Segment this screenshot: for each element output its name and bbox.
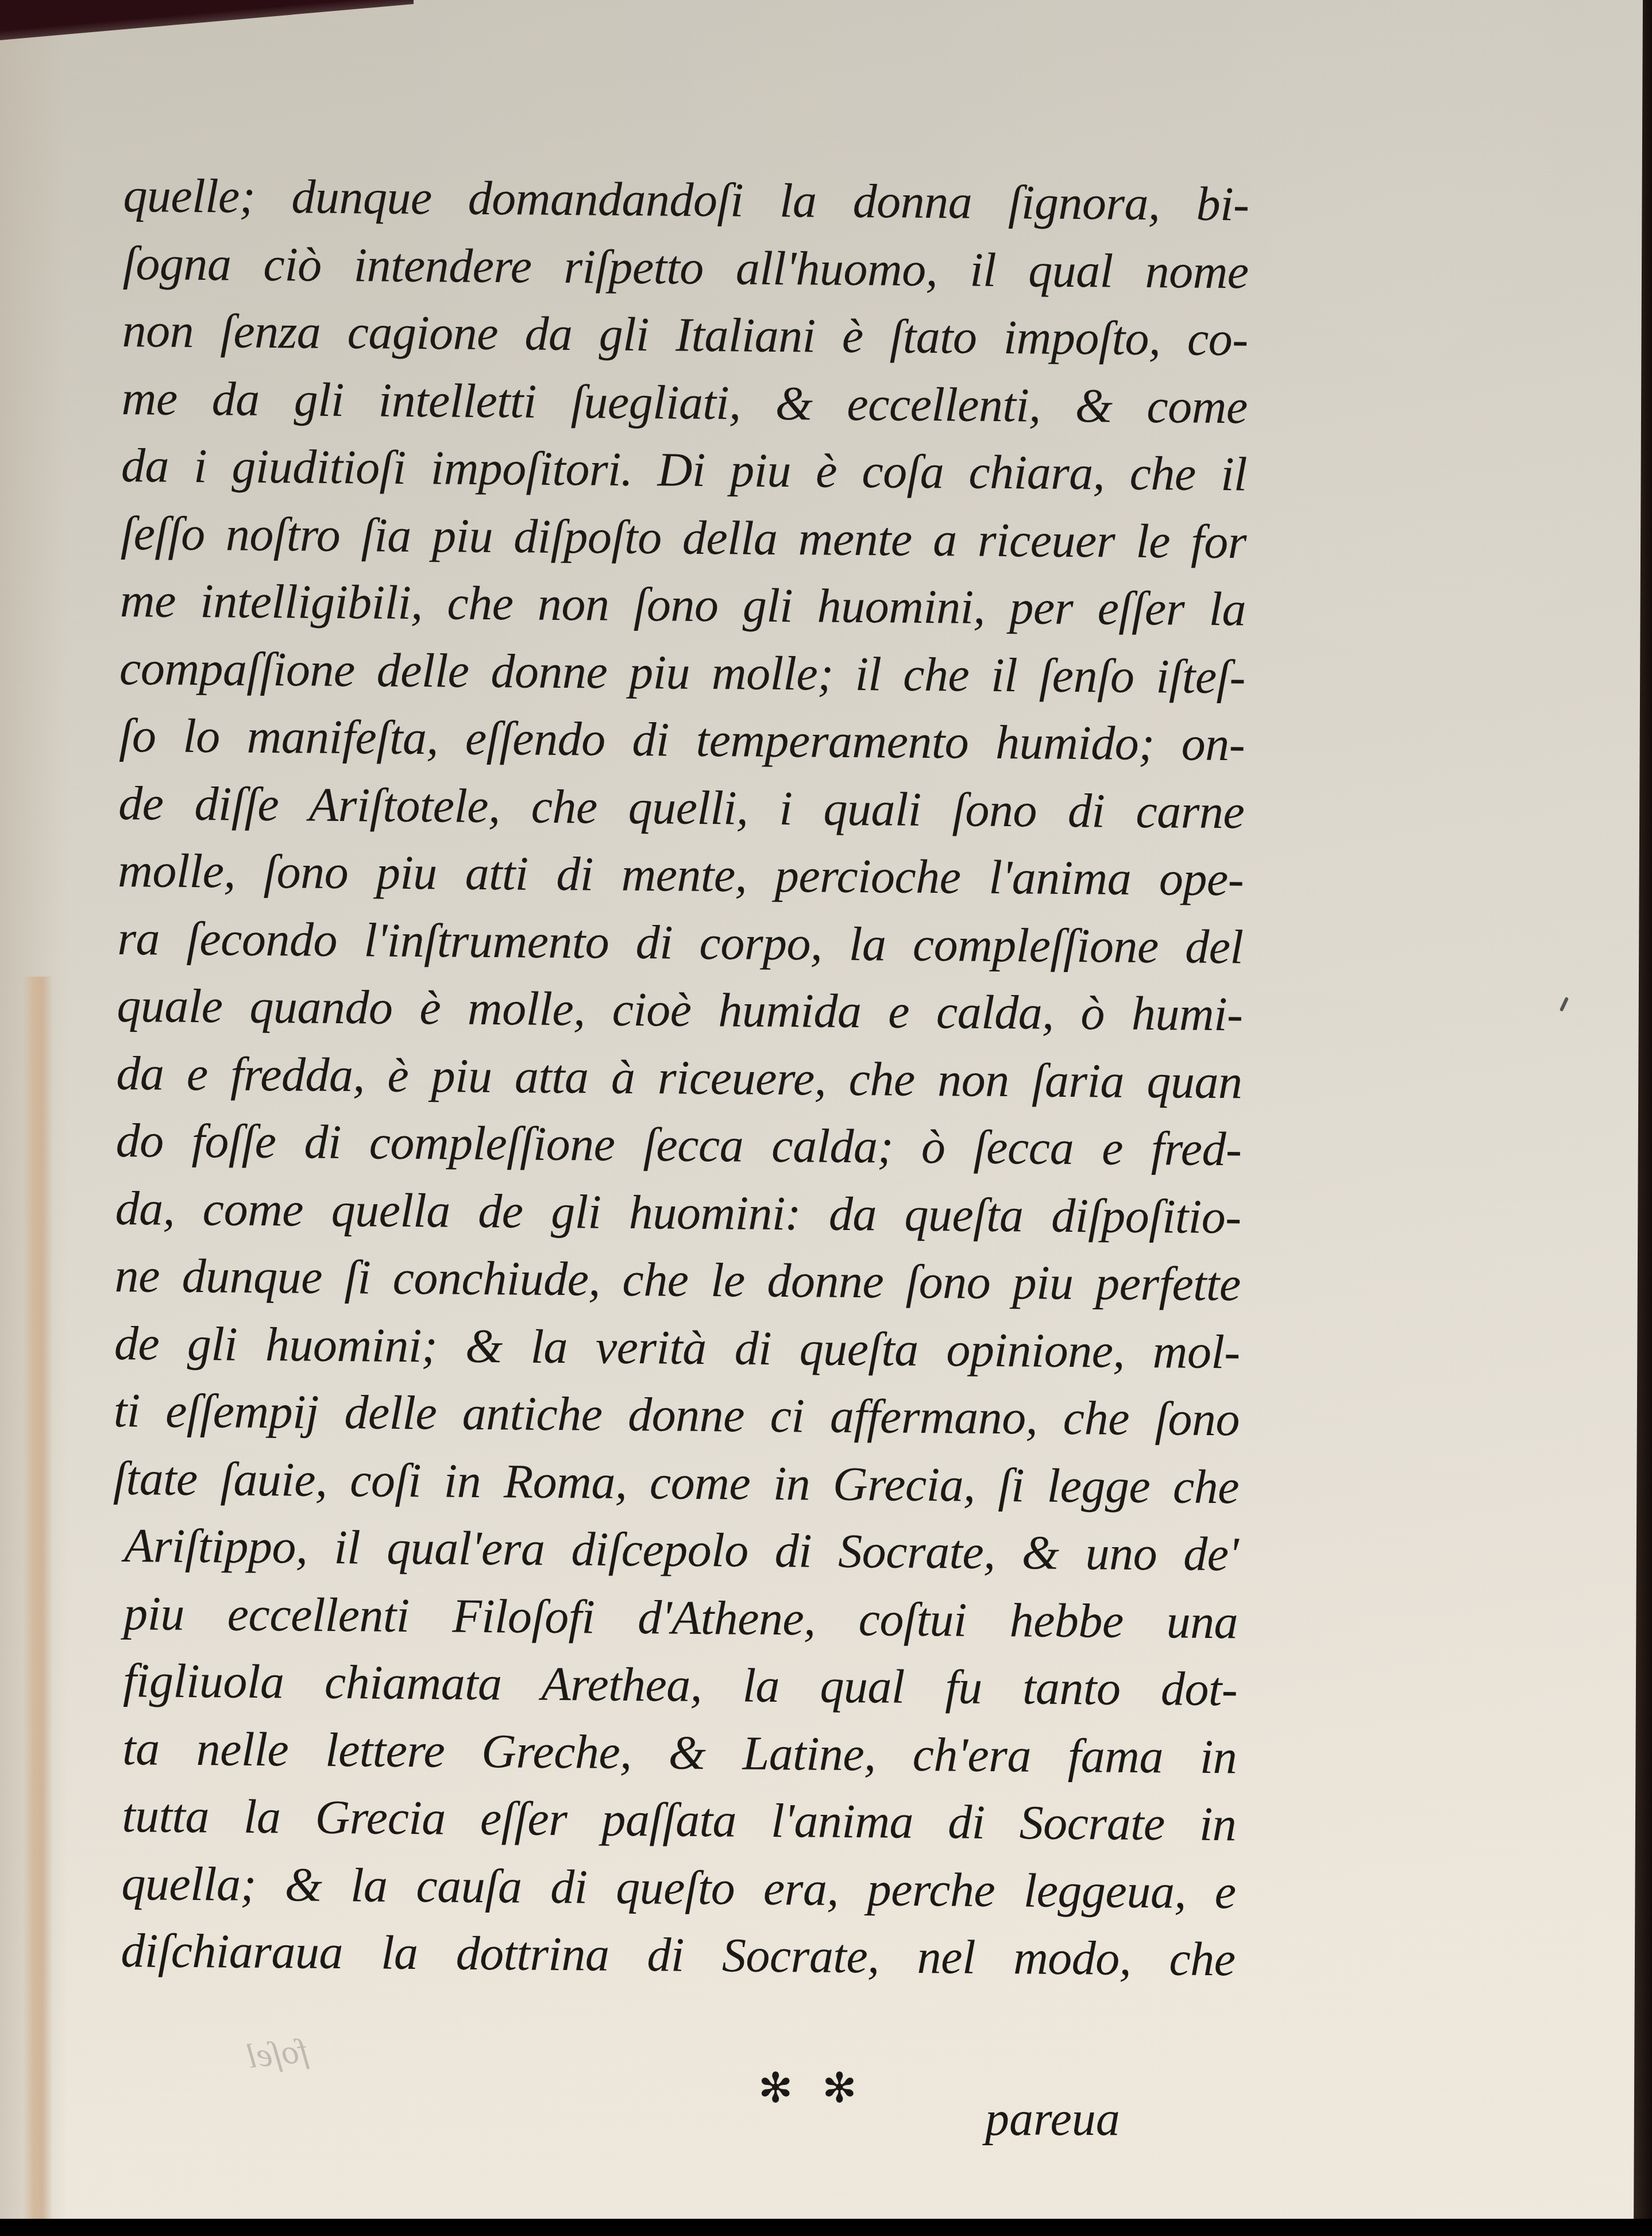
text-line: piu eccellenti Filoſofi d'Athene, coſtui… — [112, 1579, 1238, 1656]
text-line: do foſſe di compleſſione ſecca calda; ò … — [115, 1107, 1242, 1183]
adjacent-page-edge — [23, 977, 53, 2223]
text-line: me intelligibili, che non ſono gli huomi… — [120, 567, 1246, 643]
text-line: da, come quella de gli huomini: da queſt… — [115, 1174, 1241, 1251]
text-line: tutta la Grecia eſſer paſſata l'anima di… — [110, 1782, 1237, 1859]
text-line: ſeſſo noſtro ſia piu diſpoſto della ment… — [120, 499, 1246, 576]
text-line: quale quando è molle, cioè humida e cald… — [117, 972, 1243, 1048]
paper-fleck — [1560, 997, 1569, 1012]
body-text: quelle; dunque domandandoſi la donna ſig… — [109, 162, 1249, 1994]
text-line: ſtate ſauie, coſi in Roma, come in Greci… — [113, 1444, 1240, 1521]
text-line: diſchiaraua la dottrina di Socrate, nel … — [109, 1917, 1236, 1994]
signature-mark-ornament-icon: ✻ ✻ — [758, 2064, 865, 2112]
text-line: de diſſe Ariſtotele, che quelli, i quali… — [118, 769, 1245, 846]
text-line: ſogna ciò intendere riſpetto all'huomo, … — [122, 229, 1249, 306]
bottom-edge-shadow — [0, 2219, 1652, 2236]
text-line: ta nelle lettere Greche, & Latine, ch'er… — [111, 1714, 1237, 1791]
text-line: de gli huomini; & la verità di queſta op… — [114, 1309, 1240, 1386]
text-line: da e fredda, è piu atta à riceuere, che … — [116, 1039, 1242, 1116]
book-page: quelle; dunque domandandoſi la donna ſig… — [0, 0, 1652, 2236]
pencil-annotation: foſel — [245, 2031, 310, 2077]
right-edge-shadow — [1629, 0, 1652, 2236]
text-line: ra ſecondo l'inſtrumento di corpo, la co… — [117, 904, 1244, 981]
text-line: ne dunque ſi conchiude, che le donne ſon… — [114, 1242, 1241, 1319]
text-line: figliuola chiamata Arethea, la qual fu t… — [111, 1647, 1238, 1724]
catchword: pareua — [985, 2091, 1120, 2147]
text-line: quella; & la cauſa di queſto era, perche… — [110, 1849, 1236, 1926]
text-line: ſo lo manifeſta, eſſendo di temperamento… — [119, 702, 1245, 778]
text-line: quelle; dunque domandandoſi la donna ſig… — [123, 162, 1249, 238]
text-line: da i giuditioſi impoſitori. Di piu è coſ… — [121, 432, 1247, 508]
text-line: compaſſione delle donne piu molle; il ch… — [119, 634, 1246, 711]
text-line: ti eſſempij delle antiche donne ci affer… — [113, 1377, 1240, 1454]
text-line: me da gli intelletti ſuegliati, & eccell… — [121, 364, 1248, 441]
binding-corner-shadow — [0, 0, 414, 40]
text-line: molle, ſono piu atti di mente, percioche… — [118, 837, 1244, 913]
text-line: non ſenza cagione da gli Italiani è ſtat… — [122, 297, 1248, 373]
text-line: Ariſtippo, il qual'era diſcepolo di Socr… — [113, 1512, 1239, 1589]
